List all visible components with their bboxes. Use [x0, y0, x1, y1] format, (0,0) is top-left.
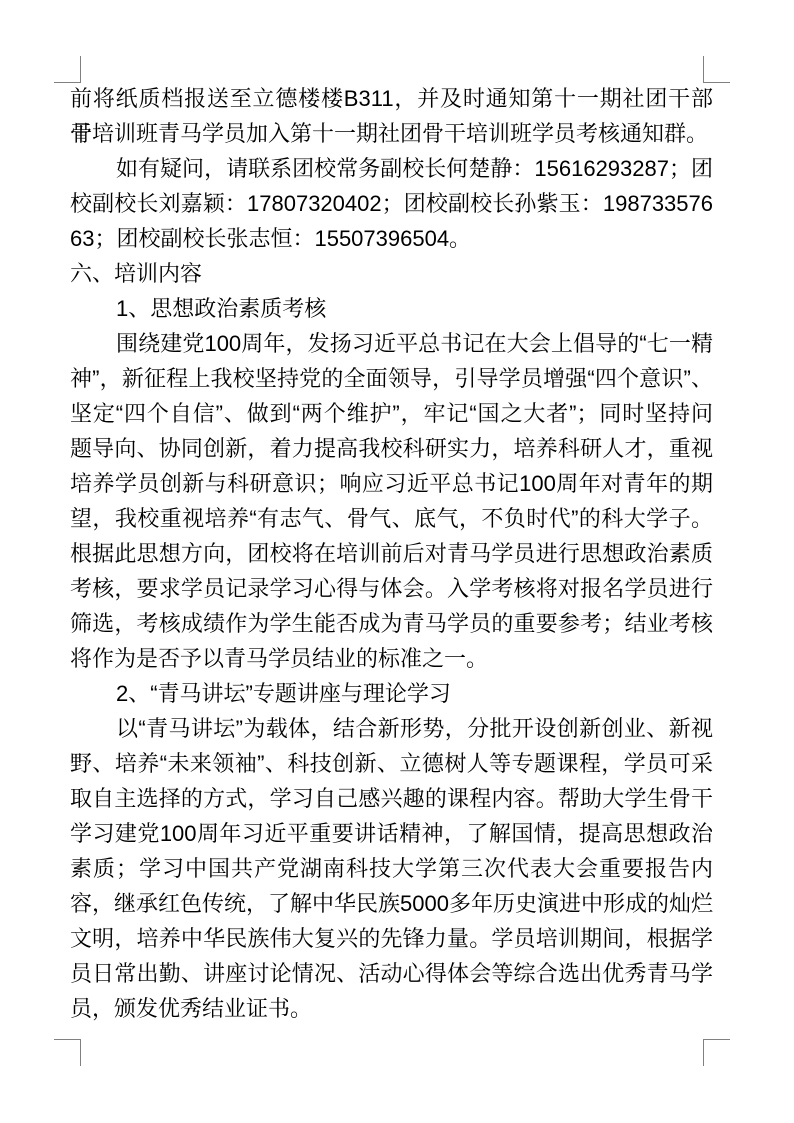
text-line: 容，继承红色传统，了解中华民族5000多年历史演进中形成的灿烂 [70, 886, 713, 921]
crop-mark-bottom-left [54, 1039, 81, 1066]
text-line: 根据此思想方向，团校将在培训前后对青马学员进行思想政治素质 [70, 536, 713, 571]
text-line: 以“青马讲坛”为载体，结合新形势，分批开设创新创业、新视 [70, 711, 713, 746]
document-body: 前将纸质档报送至立德楼楼B311，并及时通知第十一期社团干部骨 干培训班青马学员… [70, 81, 713, 1026]
text-line: 考核，要求学员记录学习心得与体会。入学考核将对报名学员进行 [70, 571, 713, 606]
text-line: 前将纸质档报送至立德楼楼B311，并及时通知第十一期社团干部骨 [70, 81, 713, 116]
section-heading: 六、培训内容 [70, 256, 713, 291]
text-line: 学习建党100周年习近平重要讲话精神，了解国情，提高思想政治 [70, 816, 713, 851]
text-line: 将作为是否予以青马学员结业的标准之一。 [70, 641, 713, 676]
text-line: 围绕建党100周年，发扬习近平总书记在大会上倡导的“七一精 [70, 326, 713, 361]
text-line: 题导向、协同创新，着力提高我校科研实力，培养科研人才，重视 [70, 431, 713, 466]
text-line: 63；团校副校长张志恒：15507396504。 [70, 221, 713, 256]
document-page: 前将纸质档报送至立德楼楼B311，并及时通知第十一期社团干部骨 干培训班青马学员… [0, 0, 794, 1123]
text-line: 文明，培养中华民族伟大复兴的先锋力量。学员培训期间，根据学 [70, 921, 713, 956]
text-line: 取自主选择的方式，学习自己感兴趣的课程内容。帮助大学生骨干 [70, 781, 713, 816]
crop-mark-bottom-right [703, 1039, 730, 1066]
text-line: 培养学员创新与科研意识；响应习近平总书记100周年对青年的期 [70, 466, 713, 501]
subsection-heading: 1、思想政治素质考核 [70, 291, 713, 326]
crop-mark-top-right [703, 56, 730, 83]
subsection-heading: 2、“青马讲坛”专题讲座与理论学习 [70, 676, 713, 711]
text-line: 如有疑问，请联系团校常务副校长何楚静：15616293287；团 [70, 151, 713, 186]
text-line: 校副校长刘嘉颖：17807320402；团校副校长孙紫玉：198733576 [70, 186, 713, 221]
text-line: 员日常出勤、讲座讨论情况、活动心得体会等综合选出优秀青马学 [70, 956, 713, 991]
text-line: 素质；学习中国共产党湖南科技大学第三次代表大会重要报告内 [70, 851, 713, 886]
text-line: 神”，新征程上我校坚持党的全面领导，引导学员增强“四个意识”、 [70, 361, 713, 396]
crop-mark-top-left [54, 56, 81, 83]
text-line: 望，我校重视培养“有志气、骨气、底气，不负时代”的科大学子。 [70, 501, 713, 536]
text-line: 野、培养“未来领袖”、科技创新、立德树人等专题课程，学员可采 [70, 746, 713, 781]
text-line: 干培训班青马学员加入第十一期社团骨干培训班学员考核通知群。 [70, 116, 713, 151]
text-line: 筛选，考核成绩作为学生能否成为青马学员的重要参考；结业考核 [70, 606, 713, 641]
text-line: 员，颁发优秀结业证书。 [70, 991, 713, 1026]
text-line: 坚定“四个自信”、做到“两个维护”，牢记“国之大者”；同时坚持问 [70, 396, 713, 431]
